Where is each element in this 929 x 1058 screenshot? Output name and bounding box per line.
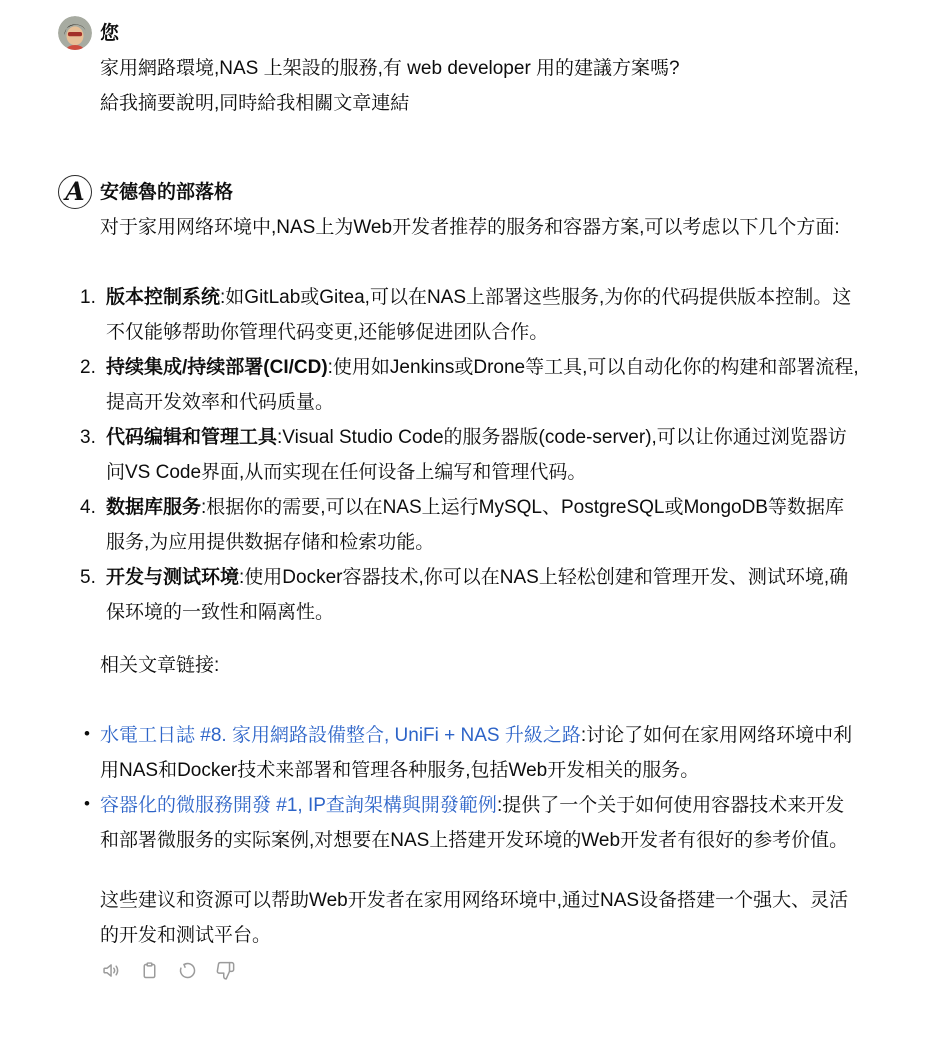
list-item: 版本控制系统:如GitLab或Gitea,可以在NAS上部署这些服务,为你的代码… (106, 280, 860, 350)
user-author-name: 您 (100, 16, 860, 51)
recommendation-body: :根据你的需要,可以在NAS上运行MySQL、PostgreSQL或MongoD… (106, 497, 844, 553)
assistant-avatar: A (58, 175, 92, 209)
assistant-message: A 安德魯的部落格 对于家用网络环境中,NAS上为Web开发者推荐的服务和容器方… (58, 175, 860, 981)
user-message-line: 給我摘要說明,同時給我相關文章連結 (100, 86, 860, 121)
speaker-icon (101, 960, 122, 981)
assistant-avatar-letter: A (65, 179, 84, 204)
message-action-bar (100, 959, 860, 981)
article-link[interactable]: 水電工日誌 #8. 家用網路設備整合, UniFi + NAS 升級之路 (100, 725, 581, 746)
recommendation-title: 开发与测试环境 (106, 567, 239, 588)
user-avatar-photo (58, 16, 92, 50)
recommendation-title: 版本控制系统 (106, 287, 220, 308)
copy-button[interactable] (138, 959, 160, 981)
thumbs-down-icon (215, 960, 236, 981)
user-message-text: 家用網路環境,NAS 上架設的服務,有 web developer 用的建議方案… (100, 51, 860, 121)
clipboard-icon (139, 960, 160, 981)
assistant-author-name: 安德魯的部落格 (100, 175, 860, 210)
list-item: 数据库服务:根据你的需要,可以在NAS上运行MySQL、PostgreSQL或M… (106, 490, 860, 560)
user-message: 您 家用網路環境,NAS 上架設的服務,有 web developer 用的建議… (58, 16, 860, 121)
assistant-message-content: 安德魯的部落格 对于家用网络环境中,NAS上为Web开发者推荐的服务和容器方案,… (100, 175, 860, 981)
recommendation-title: 数据库服务 (106, 497, 201, 518)
list-item: 容器化的微服務開發 #1, IP查詢架構與開發範例:提供了一个关于如何使用容器技… (100, 788, 860, 858)
links-heading: 相关文章链接: (100, 648, 860, 683)
assistant-closing: 这些建议和资源可以帮助Web开发者在家用网络环境中,通过NAS设备搭建一个强大、… (100, 883, 860, 953)
assistant-intro: 对于家用网络环境中,NAS上为Web开发者推荐的服务和容器方案,可以考虑以下几个… (100, 210, 860, 245)
bad-response-button[interactable] (214, 959, 236, 981)
chat-thread: 您 家用網路環境,NAS 上架設的服務,有 web developer 用的建議… (0, 0, 929, 981)
recommendation-title: 持续集成/持续部署(CI/CD) (106, 357, 328, 378)
regenerate-button[interactable] (176, 959, 198, 981)
read-aloud-button[interactable] (100, 959, 122, 981)
list-item: 持续集成/持续部署(CI/CD):使用如Jenkins或Drone等工具,可以自… (106, 350, 860, 420)
user-avatar (58, 16, 92, 50)
recommendation-title: 代码编辑和管理工具 (106, 427, 277, 448)
list-item: 开发与测试环境:使用Docker容器技术,你可以在NAS上轻松创建和管理开发、测… (106, 560, 860, 630)
article-link[interactable]: 容器化的微服務開發 #1, IP查詢架構與開發範例 (100, 795, 497, 816)
article-link-list: 水電工日誌 #8. 家用網路設備整合, UniFi + NAS 升級之路:讨论了… (100, 718, 860, 858)
user-message-content: 您 家用網路環境,NAS 上架設的服務,有 web developer 用的建議… (100, 16, 860, 121)
recommendation-list: 版本控制系统:如GitLab或Gitea,可以在NAS上部署这些服务,为你的代码… (100, 280, 860, 630)
list-item: 水電工日誌 #8. 家用網路設備整合, UniFi + NAS 升級之路:讨论了… (100, 718, 860, 788)
refresh-icon (177, 960, 198, 981)
user-message-line: 家用網路環境,NAS 上架設的服務,有 web developer 用的建議方案… (100, 51, 860, 86)
list-item: 代码编辑和管理工具:Visual Studio Code的服务器版(code-s… (106, 420, 860, 490)
